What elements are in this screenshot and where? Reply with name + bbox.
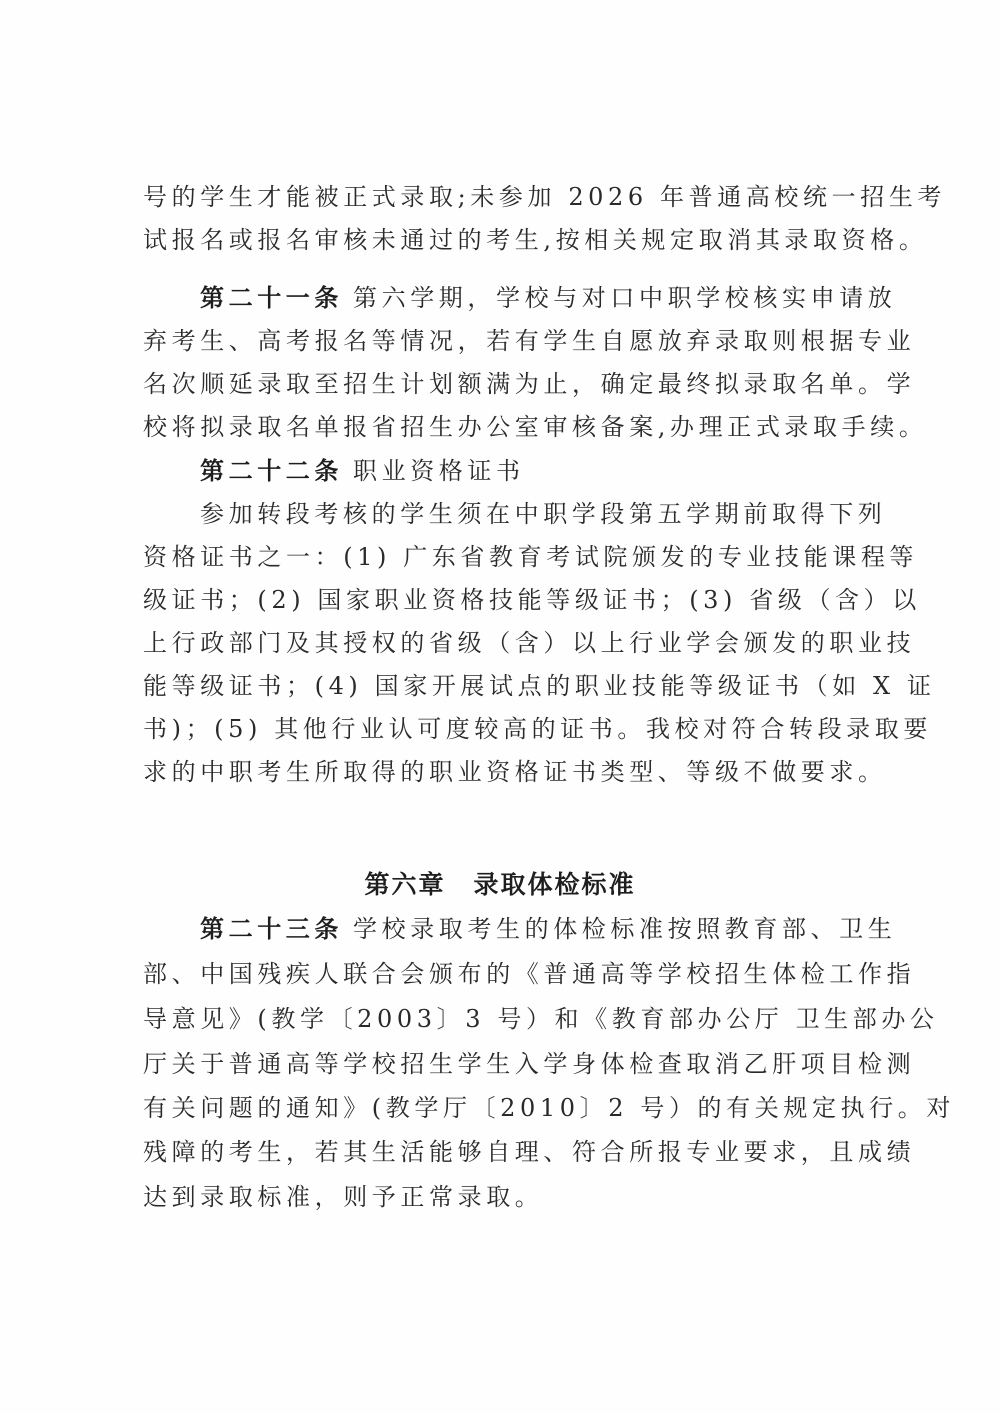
chapter-title: 录取体检标准 [474,870,636,899]
text-line: 资格证书之一：(1) 广东省教育考试院颁发的专业技能课程等 [143,541,918,573]
text-span: 职业资格证书 [353,457,525,485]
article-label: 第二十一条 [200,283,343,312]
text-line: 校将拟录取名单报省招生办公室审核备案,办理正式录取手续。 [143,411,927,443]
article-22-heading-line: 第二十二条职业资格证书 [200,455,525,487]
text-line: 上行政部门及其授权的省级（含）以上行业学会颁发的职业技 [143,627,915,659]
text-line: 级证书；(2) 国家职业资格技能等级证书；(3) 省级（含）以 [143,584,921,616]
text-line: 参加转段考核的学生须在中职学段第五学期前取得下列 [200,498,886,530]
article-21-first-line: 第二十一条第六学期，学校与对口中职学校核实申请放 [200,282,896,314]
article-label: 第二十二条 [200,456,343,485]
text-span: 学校录取考生的体检标准按照教育部、卫生 [353,915,896,943]
article-23-first-line: 第二十三条学校录取考生的体检标准按照教育部、卫生 [200,913,896,945]
text-line: 厅关于普通高等学校招生学生入学身体检查取消乙肝项目检测 [143,1048,915,1080]
article-label: 第二十三条 [200,914,343,943]
text-line: 试报名或报名审核未通过的考生,按相关规定取消其录取资格。 [143,224,927,256]
document-page: 号的学生才能被正式录取;未参加 2026 年普通高校统一招生考 试报名或报名审核… [0,0,1000,1414]
text-line: 导意见》(教学〔2003〕3 号）和《教育部办公厅 卫生部办公 [143,1003,939,1035]
text-line: 达到录取标准，则予正常录取。 [143,1181,543,1213]
text-line: 书)；(5) 其他行业认可度较高的证书。我校对符合转段录取要 [143,713,932,745]
chapter-label: 第六章 [364,870,445,899]
text-line: 求的中职考生所取得的职业资格证书类型、等级不做要求。 [143,756,887,788]
chapter-heading: 第六章录取体检标准 [0,868,1000,902]
text-line: 号的学生才能被正式录取;未参加 2026 年普通高校统一招生考 [143,181,946,213]
text-line: 名次顺延录取至招生计划额满为止，确定最终拟录取名单。学 [143,368,915,400]
text-line: 弃考生、高考报名等情况，若有学生自愿放弃录取则根据专业 [143,325,915,357]
text-line: 部、中国残疾人联合会颁布的《普通高等学校招生体检工作指 [143,958,915,990]
text-line: 残障的考生，若其生活能够自理、符合所报专业要求，且成绩 [143,1136,915,1168]
text-line: 能等级证书；(4) 国家开展试点的职业技能等级证书（如 X 证 [143,670,936,702]
text-line: 有关问题的通知》(教学厅〔2010〕2 号）的有关规定执行。对 [143,1092,955,1124]
text-span: 第六学期，学校与对口中职学校核实申请放 [353,284,896,312]
